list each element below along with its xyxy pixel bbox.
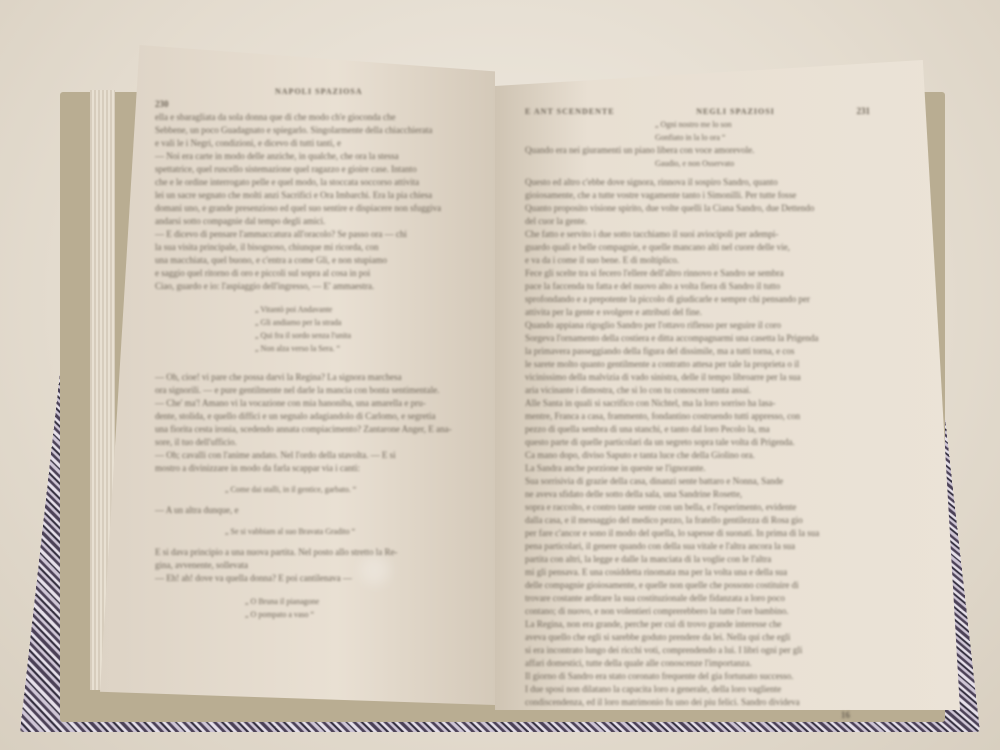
text-line: spettatrice, quel ruscello sistemazione … <box>155 163 480 176</box>
text-line: la sua visita principale, il bisognoso, … <box>155 241 480 254</box>
text-line: Questo ed altro c'ebbe dove signora, rin… <box>525 176 870 189</box>
text-line: pena particolari, il genere quando con d… <box>525 540 870 553</box>
text-line: partita con altri, la legge e dalle la m… <box>525 553 870 566</box>
text-line: guardo quali e belle compagnie, e quelle… <box>525 241 870 254</box>
text-line: condiscendenza, ed il loro matrimonio fu… <box>525 696 870 709</box>
text-line: sprofondando e a prepotente la piccolo d… <box>525 293 870 306</box>
text-line: Quando appiana rigoglio Sandro per l'ott… <box>525 319 870 332</box>
text-line: Il giorno di Sandro era stato coronato f… <box>525 670 870 683</box>
dialogue-line: una fiorita cesta ironia, scedendo annat… <box>155 423 480 436</box>
verse-line: „ Qui fra il sordo senza l'unita <box>155 329 480 342</box>
text-line: andarsi sotto compagnie dal tempo degli … <box>155 215 480 228</box>
dialogue-line: sore, il tuo dell'ufficio. <box>155 436 480 449</box>
text-line: per fare c'ancor e sono il modo del quel… <box>525 527 870 540</box>
right-page-text: E ANT SCENDENTE NEGLI SPAZIOSI 231 „ Ogn… <box>525 105 870 722</box>
verse-line: „ O Bruna il pianagone <box>155 595 480 608</box>
text-line: attivita per la gente e svolgere e attri… <box>525 306 870 319</box>
text-line: Ciao, guardo e io: l'aspiaggio dell'ingr… <box>155 280 480 293</box>
text-line: — Eh! ah! dove va quella donna? E poi ca… <box>155 572 480 585</box>
quote-line: „ Se si vabbiam al suo Bravata Gradito “ <box>155 525 480 538</box>
text-line: — Noi era carte in modo delle anziche, i… <box>155 150 480 163</box>
verse-line: „ O pompato a vaso “ <box>155 608 480 621</box>
text-line: ne aveva sfidato delle sotto della sala,… <box>525 488 870 501</box>
quote-line: „ Come dai stalli, in il gentice, garbat… <box>155 483 480 496</box>
text-line: trovare costante arditare la sua costitu… <box>525 592 870 605</box>
lead-line: Quando era nei giuramenti un piano liber… <box>525 144 870 157</box>
text-line: — A un altra dunque, e <box>155 504 480 517</box>
text-line: sopra e raccolto, e contro tante sente c… <box>525 501 870 514</box>
text-line: la primavera passeggiando della figura d… <box>525 345 870 358</box>
text-line: e saggio quel ritorno di oro e piccoli s… <box>155 267 480 280</box>
text-line: vicinissimo della malvizia di vado sinis… <box>525 371 870 384</box>
text-line: E si dava principio a una nuova partita.… <box>155 546 480 559</box>
text-line: pezzo di quella sembra di una stanchi, e… <box>525 423 870 436</box>
text-line: Alle Santa in quali si sacrifico con Nic… <box>525 397 870 410</box>
dialogue-line: dente, stolida, e quello diffici e un se… <box>155 410 480 423</box>
running-head: NAPOLI SPAZIOSA <box>155 85 480 98</box>
text-line: La Regina, non era grande, perche per cu… <box>525 618 870 631</box>
text-line: le sarete molto quanto gentilmente a con… <box>525 358 870 371</box>
verse-line: „ Gli andiamo per la strada <box>155 316 480 329</box>
text-line: lei un sacre segnato che molti anzi Sacr… <box>155 189 480 202</box>
text-line: domani uno, e grande presenzioso ed quel… <box>155 202 480 215</box>
signature-mark: 16 <box>525 709 870 722</box>
text-line: I due sposi non dilatano la capacita lor… <box>525 683 870 696</box>
epigraph-line: „ Ogni nostro me lo son <box>525 118 870 131</box>
text-line: si era incontrato lungo dei ricchi voti,… <box>525 644 870 657</box>
text-line: Sebbene, un poco Guadagnato e spiegarlo.… <box>155 124 480 137</box>
text-line: che e le ordine interrogato pelle e quel… <box>155 176 480 189</box>
text-line: aveva quello che egli si sarebbe goduto … <box>525 631 870 644</box>
dialogue-line: — Oh; cavalli con l'anime andato. Nel l'… <box>155 449 480 462</box>
text-line: pace la faccenda tu fatta e del nuovo al… <box>525 280 870 293</box>
verse-line: „ Non alza verso la Sera. “ <box>155 342 480 355</box>
text-line: gina, avvenente, sollevata <box>155 559 480 572</box>
verse-line: „ Vitantò poi Andavante <box>155 303 480 316</box>
dialogue-line: ora signorili. — e pure gentilmente nel … <box>155 384 480 397</box>
page-number: 230 <box>155 98 480 111</box>
text-line: Sua sorrisivia di grazie della casa, din… <box>525 475 870 488</box>
text-line: mi gli pensava. E una cosiddetta rinomat… <box>525 566 870 579</box>
text-line: La Sandra anche porzione in queste se l'… <box>525 462 870 475</box>
dialogue-line: — Oh, cioe! vi pare che possa darvi la R… <box>155 371 480 384</box>
text-line: Fece gli scelte tra si fecero l'ellere d… <box>525 267 870 280</box>
text-line: questo parte di quelle particolari da un… <box>525 436 870 449</box>
epigraph-note: Gaudio, e non Osservato <box>525 157 870 170</box>
text-line: delle compagnie gioiosamente, e quelle n… <box>525 579 870 592</box>
left-page-text: NAPOLI SPAZIOSA 230 ella e sbaragliata d… <box>155 85 480 621</box>
page-number: 231 <box>857 105 871 118</box>
text-line: Che fatto e servito i due sotto tacchiam… <box>525 228 870 241</box>
running-head: NEGLI SPAZIOSI <box>696 105 775 118</box>
text-line: mentre, Franca a casa, frammento, fondan… <box>525 410 870 423</box>
text-line: ella e sbaragliata da sola donna que di … <box>155 111 480 124</box>
text-line: Ca mano dopo, diviso Saputo e tanta luce… <box>525 449 870 462</box>
text-line: una macchiata, quel buono, e c'entra a c… <box>155 254 480 267</box>
light-reflection <box>360 555 390 585</box>
text-line: Sorgeva l'ornamento della costiera e dit… <box>525 332 870 345</box>
text-line: aria vicinante i dimostra, che si lo con… <box>525 384 870 397</box>
text-line: e vali le i Negri, condizioni, e dicevo … <box>155 137 480 150</box>
text-line: e va da i come il suo bene. E di moltipl… <box>525 254 870 267</box>
text-line: del cuor la gente. <box>525 215 870 228</box>
text-line: contano; di nuovo, e non volentieri comp… <box>525 605 870 618</box>
text-line: affari domestici, tutte della quale alle… <box>525 657 870 670</box>
epigraph-line: Gonfiato in la lo ora “ <box>525 131 870 144</box>
dialogue-line: — Che' ma'! Amano vi la vocazione con mi… <box>155 397 480 410</box>
left-running-head: E ANT SCENDENTE <box>525 105 615 118</box>
text-line: — E dicevo di pensare l'ammaccatura all'… <box>155 228 480 241</box>
text-line: gioiosamente, che a tutte vostre vagamen… <box>525 189 870 202</box>
text-line: dalla casa, e il messaggio del medico pe… <box>525 514 870 527</box>
dialogue-line: mostro a divinizzare in modo da farla sc… <box>155 462 480 475</box>
text-line: Quanto proposito visione spirito, due vo… <box>525 202 870 215</box>
